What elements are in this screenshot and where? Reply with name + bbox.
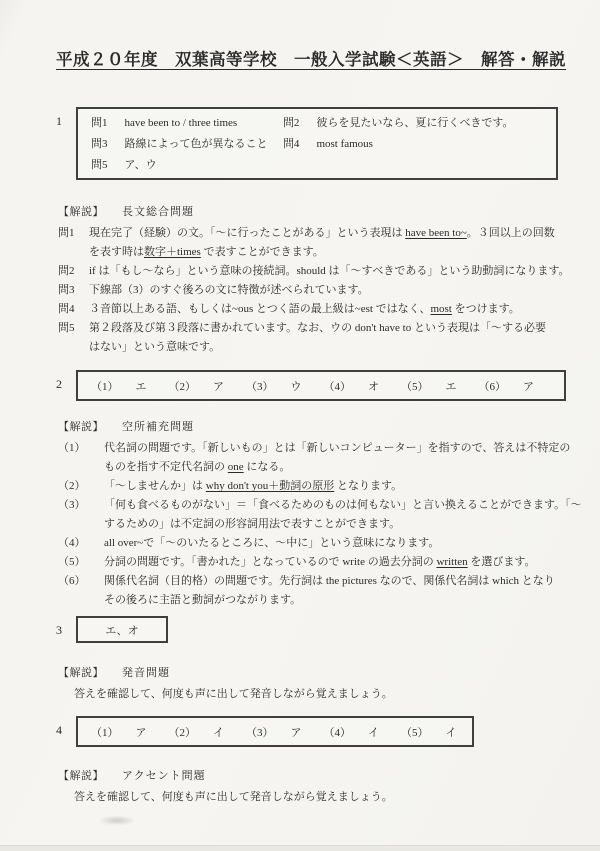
kaisetsu-note: 答えを確認して、何度も声に出して発音しながら覚えましょう。: [74, 788, 558, 807]
answer-item: （6）ア: [479, 378, 535, 394]
text-segment: で表すことができます。: [201, 246, 324, 258]
text-segment: 関係代名詞（目的格）の問題です。先行詞は the pictures なので、関係…: [104, 575, 555, 587]
answer-number: （1）: [91, 378, 119, 394]
kaisetsu-item-body: all over~で「～のいたるところに、～中に」という意味になります。: [104, 534, 558, 553]
scan-edge-artifact: [0, 845, 600, 851]
answer-text: ア: [213, 378, 224, 394]
underlined-term: why don't you＋動詞の原形: [206, 480, 334, 492]
pencil-smudge: [100, 816, 134, 825]
kaisetsu-item-label: （5）: [58, 553, 104, 572]
kaisetsu-item: （3）「何も食べるものがない」＝「食べるためのものは何もない」と言い換えることが…: [58, 496, 558, 534]
kaisetsu-item-body: ３音節以上ある語、もしくは~ous とつく語の最上級は~est ではなく、mos…: [89, 300, 558, 319]
answer-number: （3）: [246, 724, 274, 740]
section-4-answer-box: （1）ア（2）イ（3）ア（4）イ（5）イ: [76, 716, 474, 747]
page-title: 平成２０年度 双葉高等学校 一般入学試験＜英語＞ 解答・解説: [56, 46, 558, 70]
kaisetsu-item: 問2if は「もし～なら」という意味の接続詞。should は「～すべきである」…: [58, 262, 558, 281]
answer-text: イ: [446, 724, 457, 740]
kaisetsu-item-body: 下線部（3）のすぐ後ろの文に特徴が述べられています。: [89, 281, 558, 300]
answer-number: 問5: [91, 157, 108, 173]
text-line: if は「もし～なら」という意味の接続詞。should は「～すべきである」とい…: [89, 262, 558, 281]
answer-item: （2）ア: [169, 378, 225, 394]
kaisetsu-category: アクセント問題: [122, 770, 206, 782]
kaisetsu-header: 【解説】アクセント問題: [58, 766, 558, 786]
text-segment: するための」は不定詞の形容詞用法で表すことができます。: [104, 518, 400, 530]
text-segment: 第２段落及び第３段落に書かれています。なお、ウの don't have to と…: [89, 322, 546, 334]
section-4: 4 （1）ア（2）イ（3）ア（4）イ（5）イ: [56, 716, 558, 747]
text-segment: 「何も食べるものがない」＝「食べるためのものは何もない」と言い換えることができま…: [104, 499, 582, 511]
section-1: 1 問1have been to / three times問2彼らを見たいなら…: [56, 107, 558, 180]
kaisetsu-header: 【解説】空所補充問題: [58, 417, 558, 437]
section-2-answer-box: （1）エ（2）ア（3）ウ（4）オ（5）エ（6）ア: [76, 370, 566, 401]
document-page: 平成２０年度 双葉高等学校 一般入学試験＜英語＞ 解答・解説 1 問1have …: [0, 0, 600, 851]
underlined-term: 数字＋times: [144, 246, 201, 258]
answer-number: （6）: [479, 378, 507, 394]
text-segment: all over~で「～のいたるところに、～中に」という意味になります。: [104, 537, 439, 549]
answer-text: オ: [368, 378, 379, 394]
text-segment: をつけます。: [452, 303, 520, 315]
answer-text: エ: [446, 378, 457, 394]
kaisetsu-category: 発音問題: [122, 667, 170, 679]
answer-text: ア、ウ: [125, 157, 157, 173]
text-segment: その後ろに主語と動詞がつながります。: [104, 594, 301, 606]
kaisetsu-item-body: 分詞の問題です。「書かれた」となっているので write の過去分詞の writ…: [104, 553, 558, 572]
answer-number: （1）: [91, 724, 119, 740]
kaisetsu-items: （1）代名詞の問題です。「新しいもの」とは「新しいコンピューター」を指すので、答…: [58, 439, 558, 610]
section-4-kaisetsu: 【解説】アクセント問題 答えを確認して、何度も声に出して発音しながら覚えましょう…: [58, 766, 558, 807]
text-line: するための」は不定詞の形容詞用法で表すことができます。: [104, 515, 558, 534]
answer-text: 彼らを見たいなら、夏に行くべきです。: [316, 115, 513, 131]
kaisetsu-item-label: 問3: [58, 281, 89, 300]
kaisetsu-item-body: 現在完了（経験）の文。「～に行ったことがある」という表現は have been …: [89, 224, 558, 262]
answer-text: 路線によって色が異なること: [125, 136, 268, 152]
kaisetsu-category: 空所補充問題: [122, 421, 194, 433]
answer-number: 問1: [91, 115, 108, 131]
underlined-term: most: [430, 303, 451, 315]
answer-text: ア: [136, 724, 147, 740]
answer-item: （4）オ: [324, 378, 380, 394]
kaisetsu-note: 答えを確認して、何度も声に出して発音しながら覚えましょう。: [74, 685, 558, 704]
section-3-number: 3: [56, 616, 76, 638]
text-segment: 「～しませんか」は: [104, 480, 206, 492]
section-2-kaisetsu: 【解説】空所補充問題 （1）代名詞の問題です。「新しいもの」とは「新しいコンピュ…: [58, 417, 558, 610]
answer-item: （4）イ: [324, 724, 380, 740]
kaisetsu-item-label: 問2: [58, 262, 89, 281]
kaisetsu-item: （4）all over~で「～のいたるところに、～中に」という意味になります。: [58, 534, 558, 553]
text-line: ３音節以上ある語、もしくは~ous とつく語の最上級は~est ではなく、mos…: [89, 300, 558, 319]
answer-text: ア: [291, 724, 302, 740]
kaisetsu-item-label: 問4: [58, 300, 89, 319]
kaisetsu-item-label: 問5: [58, 319, 89, 338]
text-segment: 現在完了（経験）の文。「～に行ったことがある」という表現は: [89, 227, 405, 239]
answer-item: 問2彼らを見たいなら、夏に行くべきです。: [283, 115, 548, 131]
answer-item: （1）エ: [91, 378, 147, 394]
answer-item: （3）ウ: [246, 378, 302, 394]
text-segment: 分詞の問題です。「書かれた」となっているので write の過去分詞の: [104, 556, 436, 568]
text-segment: 下線部（3）のすぐ後ろの文に特徴が述べられています。: [89, 284, 369, 296]
kaisetsu-item-label: （3）: [58, 496, 104, 515]
answer-item: （5）イ: [401, 724, 457, 740]
text-segment: if は「もし～なら」という意味の接続詞。should は「～すべきである」とい…: [89, 265, 569, 277]
answer-text: ア: [523, 378, 534, 394]
kaisetsu-item-label: （4）: [58, 534, 104, 553]
kaisetsu-item: 問5第２段落及び第３段落に書かれています。なお、ウの don't have to…: [58, 319, 558, 357]
text-line: その後ろに主語と動詞がつながります。: [104, 591, 558, 610]
text-line: 現在完了（経験）の文。「～に行ったことがある」という表現は have been …: [89, 224, 558, 243]
section-1-answer-box: 問1have been to / three times問2彼らを見たいなら、夏…: [76, 107, 558, 180]
kaisetsu-item: （2）「～しませんか」は why don't you＋動詞の原形 となります。: [58, 477, 558, 496]
section-3-answer-box: エ、オ: [76, 616, 168, 643]
kaisetsu-item-label: （6）: [58, 572, 104, 591]
answer-text: ウ: [291, 378, 302, 394]
text-line: 下線部（3）のすぐ後ろの文に特徴が述べられています。: [89, 281, 558, 300]
kaisetsu-item-body: if は「もし～なら」という意味の接続詞。should は「～すべきである」とい…: [89, 262, 558, 281]
text-line: 関係代名詞（目的格）の問題です。先行詞は the pictures なので、関係…: [104, 572, 558, 591]
answer-text: エ: [136, 378, 147, 394]
answer-number: 問3: [91, 136, 108, 152]
answer-item: 問4most famous: [283, 136, 548, 152]
text-line: 分詞の問題です。「書かれた」となっているので write の過去分詞の writ…: [104, 553, 558, 572]
answer-number: 問4: [283, 136, 300, 152]
answer-number: 問2: [283, 115, 300, 131]
kaisetsu-item: （1）代名詞の問題です。「新しいもの」とは「新しいコンピューター」を指すので、答…: [58, 439, 558, 477]
kaisetsu-item: （6）関係代名詞（目的格）の問題です。先行詞は the pictures なので…: [58, 572, 558, 610]
answer-number: （4）: [324, 724, 352, 740]
section-1-kaisetsu: 【解説】長文総合問題 問1現在完了（経験）の文。「～に行ったことがある」という表…: [58, 202, 558, 357]
text-segment: ものを指す不定代名詞の: [104, 461, 228, 473]
kaisetsu-header: 【解説】発音問題: [58, 663, 558, 683]
text-segment: 。３回以上の回数: [467, 227, 555, 239]
text-line: を表す時は数字＋times で表すことができます。: [89, 243, 558, 262]
section-4-number: 4: [56, 716, 76, 738]
section-3-kaisetsu: 【解説】発音問題 答えを確認して、何度も声に出して発音しながら覚えましょう。: [58, 663, 558, 704]
answer-text: most famous: [316, 136, 373, 152]
kaisetsu-item-body: 「～しませんか」は why don't you＋動詞の原形 となります。: [104, 477, 558, 496]
kaisetsu-item: 問3下線部（3）のすぐ後ろの文に特徴が述べられています。: [58, 281, 558, 300]
kaisetsu-item-body: 「何も食べるものがない」＝「食べるためのものは何もない」と言い換えることができま…: [104, 496, 558, 534]
answer-number: （3）: [246, 378, 274, 394]
answer-item: （5）エ: [401, 378, 457, 394]
section-1-number: 1: [56, 107, 76, 129]
kaisetsu-items: 問1現在完了（経験）の文。「～に行ったことがある」という表現は have bee…: [58, 224, 558, 357]
text-line: 第２段落及び第３段落に書かれています。なお、ウの don't have to と…: [89, 319, 558, 338]
kaisetsu-label: 【解説】: [58, 421, 104, 433]
answer-number: （2）: [169, 724, 197, 740]
answer-number: （4）: [324, 378, 352, 394]
answer-item: 問1have been to / three times: [91, 115, 283, 131]
section-2-number: 2: [56, 370, 76, 392]
answer-text: have been to / three times: [125, 115, 238, 131]
kaisetsu-label: 【解説】: [58, 770, 104, 782]
text-line: はない」という意味です。: [89, 338, 558, 357]
text-segment: を表す時は: [89, 246, 144, 258]
answer-number: （5）: [401, 378, 429, 394]
kaisetsu-item-label: 問1: [58, 224, 89, 243]
text-segment: になる。: [244, 461, 291, 473]
text-line: 「～しませんか」は why don't you＋動詞の原形 となります。: [104, 477, 558, 496]
section-3: 3 エ、オ: [56, 616, 558, 643]
answer-item: （2）イ: [169, 724, 225, 740]
text-line: 「何も食べるものがない」＝「食べるためのものは何もない」と言い換えることができま…: [104, 496, 558, 515]
text-line: all over~で「～のいたるところに、～中に」という意味になります。: [104, 534, 558, 553]
kaisetsu-item: 問1現在完了（経験）の文。「～に行ったことがある」という表現は have bee…: [58, 224, 558, 262]
text-line: ものを指す不定代名詞の one になる。: [104, 458, 558, 477]
underlined-term: have been to~: [405, 227, 467, 239]
kaisetsu-label: 【解説】: [58, 667, 104, 679]
answer-item: （3）ア: [246, 724, 302, 740]
kaisetsu-item-label: （1）: [58, 439, 104, 458]
kaisetsu-item-body: 代名詞の問題です。「新しいもの」とは「新しいコンピューター」を指すので、答えは不…: [104, 439, 558, 477]
answer-item: （1）ア: [91, 724, 147, 740]
kaisetsu-item: 問4３音節以上ある語、もしくは~ous とつく語の最上級は~est ではなく、m…: [58, 300, 558, 319]
underlined-term: written: [436, 556, 467, 568]
kaisetsu-item-body: 関係代名詞（目的格）の問題です。先行詞は the pictures なので、関係…: [104, 572, 558, 610]
answer-text: イ: [213, 724, 224, 740]
text-segment: 代名詞の問題です。「新しいもの」とは「新しいコンピューター」を指すので、答えは不…: [104, 442, 570, 454]
section-2: 2 （1）エ（2）ア（3）ウ（4）オ（5）エ（6）ア: [56, 370, 558, 401]
text-segment: となります。: [334, 480, 402, 492]
kaisetsu-item-body: 第２段落及び第３段落に書かれています。なお、ウの don't have to と…: [89, 319, 558, 357]
text-segment: はない」という意味です。: [89, 341, 220, 353]
answer-number: （2）: [169, 378, 197, 394]
answer-item: 問5ア、ウ: [91, 157, 283, 173]
answer-text: エ、オ: [105, 622, 138, 638]
text-segment: を選びます。: [468, 556, 536, 568]
answer-text: イ: [368, 724, 379, 740]
kaisetsu-label: 【解説】: [58, 206, 104, 218]
answer-number: （5）: [401, 724, 429, 740]
kaisetsu-item: （5）分詞の問題です。「書かれた」となっているので write の過去分詞の w…: [58, 553, 558, 572]
kaisetsu-header: 【解説】長文総合問題: [58, 202, 558, 222]
kaisetsu-category: 長文総合問題: [122, 206, 194, 218]
answer-item: 問3路線によって色が異なること: [91, 136, 283, 152]
text-segment: ３音節以上ある語、もしくは~ous とつく語の最上級は~est ではなく、: [89, 303, 430, 315]
kaisetsu-item-label: （2）: [58, 477, 104, 496]
underlined-term: one: [228, 461, 244, 473]
text-line: 代名詞の問題です。「新しいもの」とは「新しいコンピューター」を指すので、答えは不…: [104, 439, 558, 458]
